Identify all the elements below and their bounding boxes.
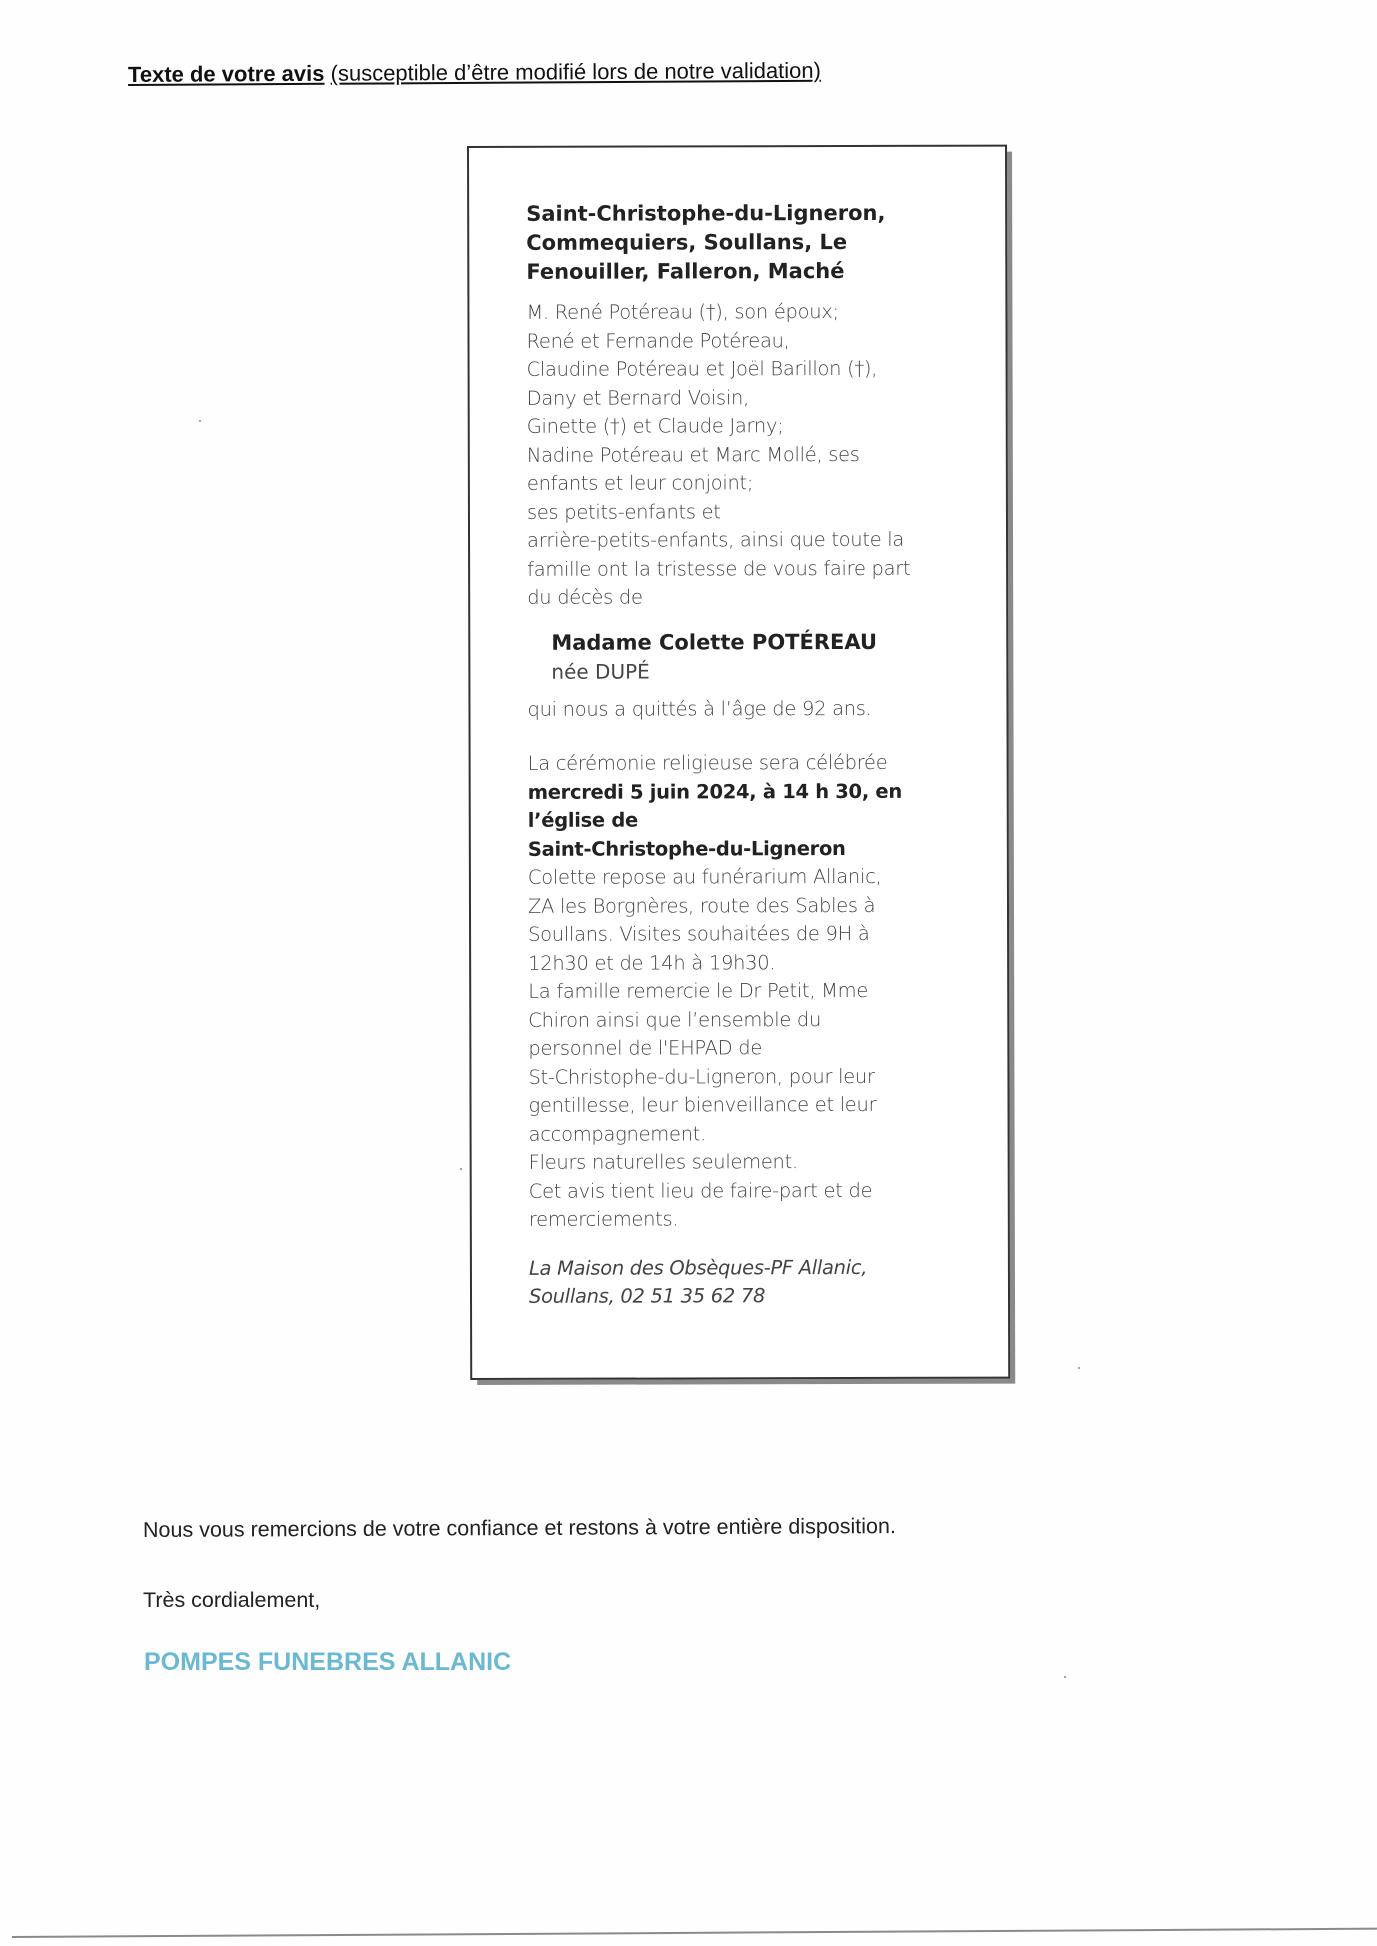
- obituary-notice-box: Saint-Christophe-du-Ligneron, Commequier…: [467, 145, 1010, 1380]
- age-line: qui nous a quittés à l’âge de 92 ans.: [527, 694, 987, 724]
- family-line: Claudine Potéreau et Joël Barillon (†),: [527, 355, 987, 385]
- deceased-block: Madame Colette POTÉREAU née DUPÉ: [551, 627, 987, 685]
- detail-line: ZA les Borgnères, route des Sables à: [528, 891, 988, 921]
- funeral-home-signature: La Maison des Obsèques-PF Allanic, Soull…: [529, 1253, 989, 1311]
- detail-line: accompagnement.: [529, 1119, 989, 1149]
- family-line: M. René Potéreau (†), son époux;: [526, 298, 986, 328]
- detail-line: Cet avis tient lieu de faire-part et de: [529, 1176, 989, 1206]
- signature-line: La Maison des Obsèques-PF Allanic,: [529, 1253, 989, 1283]
- family-line: Ginette (†) et Claude Jarny;: [527, 412, 987, 442]
- family-line: Dany et Bernard Voisin,: [527, 383, 987, 413]
- obituary-notice-content: Saint-Christophe-du-Ligneron, Commequier…: [526, 199, 989, 1312]
- family-line: René et Fernande Potéreau,: [526, 326, 986, 356]
- scan-speck: [1064, 1676, 1066, 1678]
- detail-line: personnel de l'EHPAD de: [528, 1034, 988, 1064]
- detail-line: Fleurs naturelles seulement.: [529, 1148, 989, 1178]
- towns-line: Fenouiller, Falleron, Maché: [526, 257, 986, 287]
- family-line: famille ont la tristesse de vous faire p…: [527, 554, 987, 584]
- scan-speck: [1078, 1367, 1080, 1369]
- ceremony-place: Saint-Christophe-du-Ligneron: [528, 834, 988, 864]
- ceremony-date: mercredi 5 juin 2024, à 14 h 30, en: [528, 777, 988, 807]
- scan-speck: [460, 1168, 462, 1170]
- page-bottom-rule: [12, 1928, 1377, 1938]
- detail-line: La famille remercie le Dr Petit, Mme: [528, 977, 988, 1007]
- detail-line: Colette repose au funérarium Allanic,: [528, 863, 988, 893]
- towns-line: Commequiers, Soullans, Le: [526, 228, 986, 258]
- scan-speck: [199, 420, 201, 422]
- company-name: POMPES FUNEBRES ALLANIC: [144, 1648, 511, 1677]
- family-list: M. René Potéreau (†), son époux; René et…: [526, 298, 987, 613]
- detail-line: St-Christophe-du-Ligneron, pour leur: [528, 1062, 988, 1092]
- family-line: du décès de: [527, 583, 987, 613]
- detail-line: Chiron ainsi que l’ensemble du: [528, 1005, 988, 1035]
- ceremony-intro: La cérémonie religieuse sera célébrée: [528, 749, 988, 779]
- family-line: arrière-petits-enfants, ainsi que toute …: [527, 526, 987, 556]
- detail-line: remerciements.: [529, 1205, 989, 1235]
- deceased-birth-name: née DUPÉ: [551, 656, 987, 685]
- closing-thanks: Nous vous remercions de votre confiance …: [143, 1514, 896, 1543]
- family-line: enfants et leur conjoint;: [527, 469, 987, 499]
- header-title: Texte de votre avis: [128, 61, 325, 87]
- ceremony-details: La cérémonie religieuse sera célébrée me…: [528, 749, 989, 1235]
- deceased-name: Madame Colette POTÉREAU: [551, 627, 987, 657]
- ceremony-place: l’église de: [528, 806, 988, 836]
- family-line: Nadine Potéreau et Marc Mollé, ses: [527, 440, 987, 470]
- family-line: ses petits-enfants et: [527, 497, 987, 527]
- towns-heading: Saint-Christophe-du-Ligneron, Commequier…: [526, 199, 986, 287]
- age-statement: qui nous a quittés à l’âge de 92 ans.: [527, 694, 987, 724]
- detail-line: Soullans. Visites souhaitées de 9H à: [528, 920, 988, 950]
- header-note: (susceptible d’être modifié lors de notr…: [331, 58, 822, 86]
- notice-text-header: Texte de votre avis (susceptible d’être …: [128, 58, 821, 88]
- detail-line: 12h30 et de 14h à 19h30.: [528, 948, 988, 978]
- detail-line: gentillesse, leur bienveillance et leur: [528, 1091, 988, 1121]
- towns-line: Saint-Christophe-du-Ligneron,: [526, 199, 986, 229]
- signature-line: Soullans, 02 51 35 62 78: [529, 1282, 989, 1312]
- closing-regards: Très cordialement,: [143, 1588, 320, 1613]
